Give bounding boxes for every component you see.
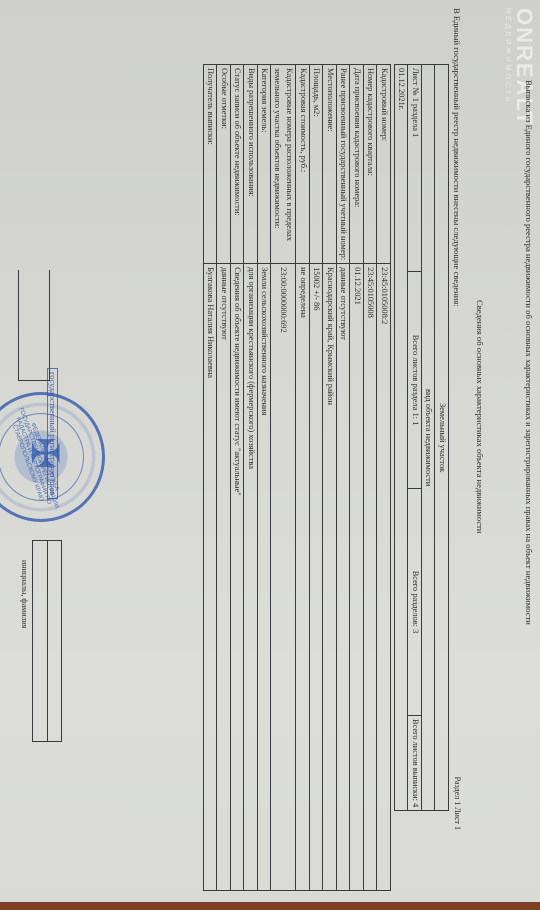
field-value: Булгакова Наталия Николаевна [204,264,218,891]
field-row: Дата присвоения кадастрового номера:01.1… [350,65,364,891]
field-label: Местоположение: [323,65,337,264]
initials-caption: инициалы, фамилия [20,560,29,628]
field-label: Особые отметки: [217,65,231,264]
position-box [18,270,50,381]
field-row: Категория земель:Земли сельскохозяйствен… [258,65,272,891]
section-reference: Раздел 1 Лист 1 [453,777,462,830]
field-label: Дата присвоения кадастрового номера: [350,65,364,264]
field-label: Кадастровый номер: [377,65,391,264]
document-title: Выписка из Единого государственного реес… [524,80,534,625]
field-value: 23:45:0105008:2 [377,264,391,891]
field-label: Виды разрешенного использования: [244,65,258,264]
field-label: Статус записи об объекте недвижимости: [231,65,245,264]
field-value: данные отсутствуют [337,264,351,891]
field-row: Номер кадастрового квартала:23:45:010500… [364,65,378,891]
field-value: не определена [296,264,310,891]
issue-date: 01.12.2021г. [395,65,409,811]
object-type: Земельный участок [435,65,449,811]
sheets-in-section: Всего листов раздела 1: 1 [408,272,422,489]
field-row: Получатель выписки:Булгакова Наталия Ник… [204,65,218,891]
field-label: Площадь, м2: [310,65,324,264]
object-type-caption: вид объекта недвижимости [422,65,436,811]
field-row: Особые отметки:данные отсутствуют [217,65,231,891]
field-value: Краснодарский край, Крымский район [323,264,337,891]
document-subtitle: Сведения об основных характеристиках объ… [475,300,485,534]
sections-total: Всего разделов: 3 [408,489,422,716]
intro-text: В Единый государственный реестр недвижим… [452,8,462,307]
field-row: Статус записи об объекте недвижимости:Св… [231,65,245,891]
field-label: Номер кадастрового квартала: [364,65,378,264]
field-label: Кадастровая стоимость, руб.: [296,65,310,264]
table-surface [0,902,540,910]
field-label: Ранее присвоенный государственный учетны… [337,65,351,264]
field-value: Земли сельскохозяйственного назначения [258,264,272,891]
field-value: для организации крестьянского (фермерско… [244,264,258,891]
field-value: данные отсутствуют [217,264,231,891]
signature-box [32,540,62,742]
field-row: Ранее присвоенный государственный учетны… [337,65,351,891]
sheet-number: Лист № 1 раздела 1 [408,65,422,272]
document-sheet: ONREALT НЕДВИЖИМОСТЬ Выписка из Единого … [0,0,540,910]
field-value: 23:00:0000000:692 [271,264,296,891]
official-stamp: ✠ ФЕДЕРАЛЬНАЯ СЛУЖБА ГОСУДАРСТВЕННОЙ РЕГ… [0,392,105,522]
field-row: Кадастровая стоимость, руб.:не определен… [296,65,310,891]
field-row: Площадь, м2:15002 +/- 86 [310,65,324,891]
field-label: Получатель выписки: [204,65,218,264]
field-row: Местоположение:Краснодарский край, Крымс… [323,65,337,891]
field-row: Кадастровый номер:23:45:0105008:2 [377,65,391,891]
sheets-total: Всего листов выписки: 4 [408,716,422,811]
field-label: Кадастровые номера расположенных в преде… [271,65,296,264]
field-value: 15002 +/- 86 [310,264,324,891]
fields-table: Кадастровый номер:23:45:0105008:2Номер к… [203,64,391,891]
field-label: Категория земель: [258,65,272,264]
field-value: 23:45:0105008 [364,264,378,891]
field-value: 01.12.2021 [350,264,364,891]
field-row: Виды разрешенного использования:для орга… [244,65,258,891]
field-value: Сведения об объекте недвижимости имеют с… [231,264,245,891]
property-info-table: Земельный участок вид объекта недвижимос… [394,64,449,811]
field-row: Кадастровые номера расположенных в преде… [271,65,296,891]
